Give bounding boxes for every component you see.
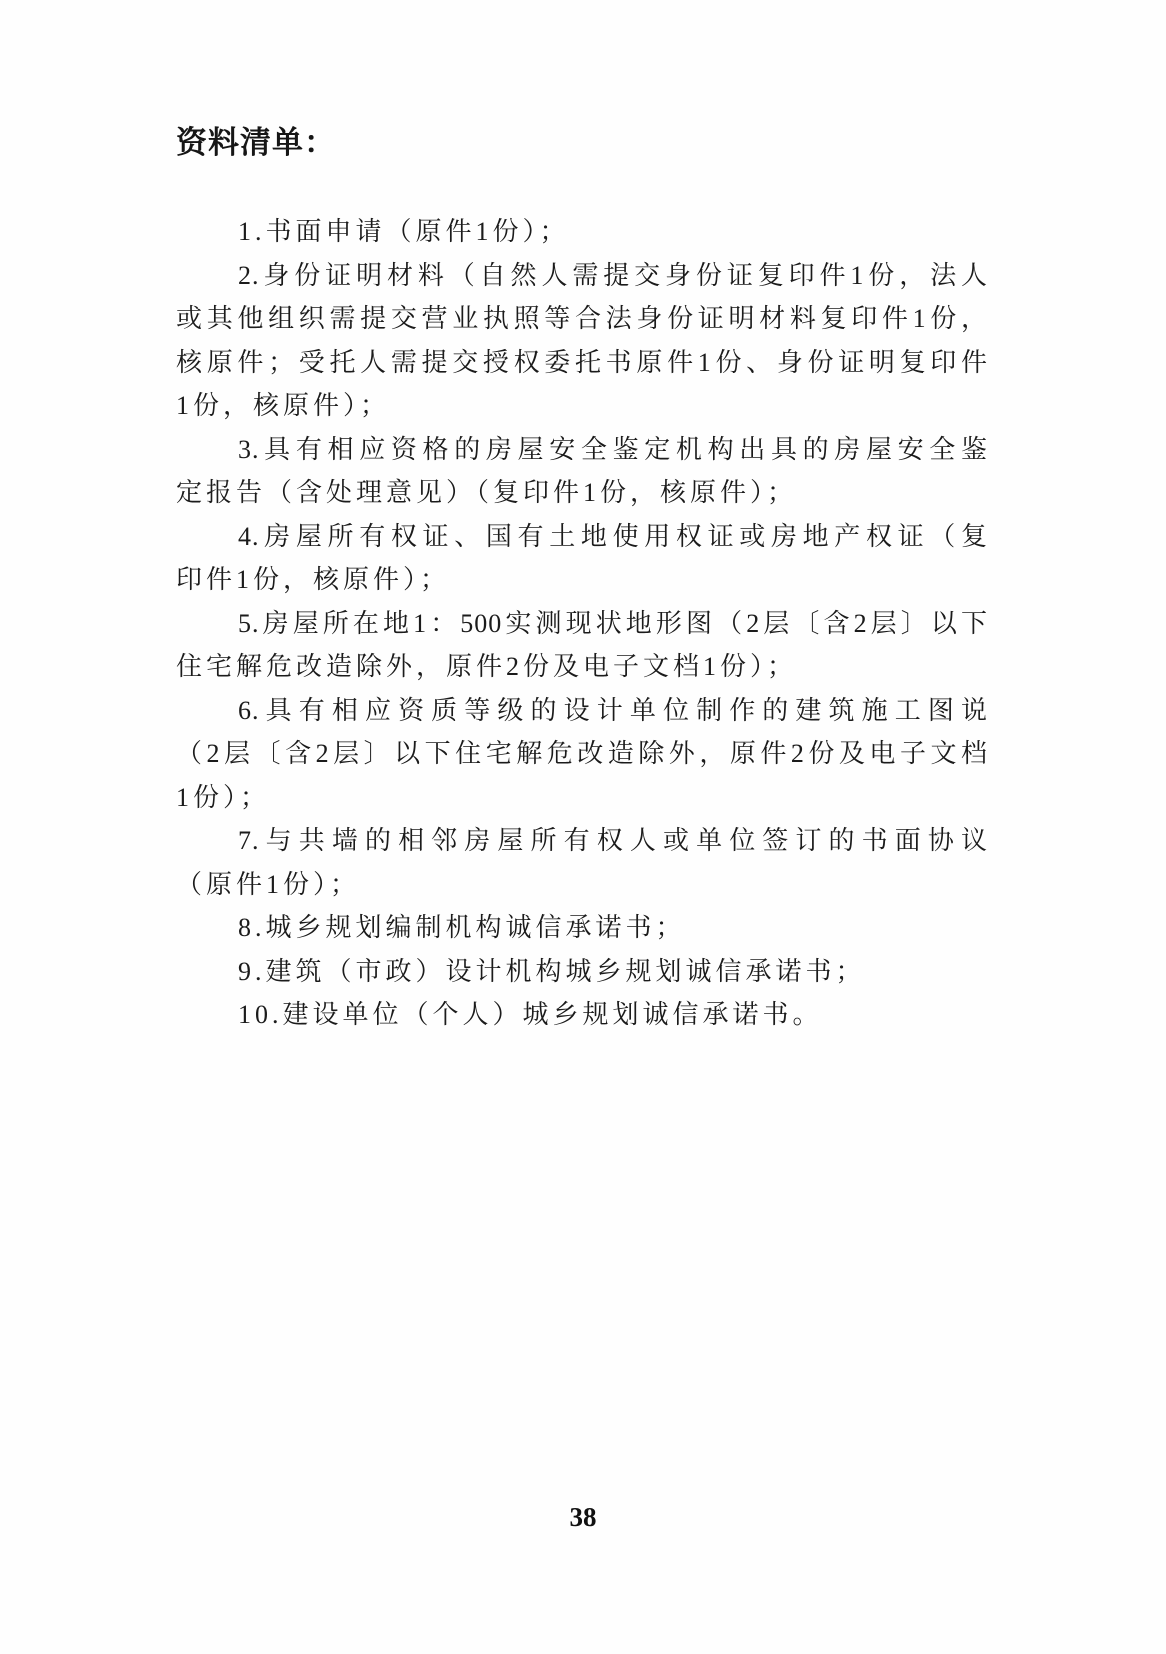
text-line: 印件1份，核原件）； [176,558,988,602]
list-item: 1.书面申请（原件1份）； [176,210,988,254]
text-line: 9.建筑（市政）设计机构城乡规划诚信承诺书； [176,950,988,994]
text-line: 2.身份证明材料（自然人需提交身份证复印件1份，法人 [176,254,988,298]
text-line: 1.书面申请（原件1份）； [176,210,988,254]
text-line: 4.房屋所有权证、国有土地使用权证或房地产权证（复 [176,515,988,559]
list-item: 3.具有相应资格的房屋安全鉴定机构出具的房屋安全鉴定报告（含处理意见）（复印件1… [176,428,988,515]
list-item: 9.建筑（市政）设计机构城乡规划诚信承诺书； [176,950,988,994]
text-line: 3.具有相应资格的房屋安全鉴定机构出具的房屋安全鉴 [176,428,988,472]
text-line: 1份）； [176,776,988,820]
text-line: 定报告（含处理意见）（复印件1份，核原件）； [176,471,988,515]
document-page: 资料清单： 1.书面申请（原件1份）；2.身份证明材料（自然人需提交身份证复印件… [0,0,1166,1654]
list-item: 2.身份证明材料（自然人需提交身份证复印件1份，法人或其他组织需提交营业执照等合… [176,254,988,428]
text-line: （2层〔含2层〕以下住宅解危改造除外，原件2份及电子文档 [176,732,988,776]
list-item: 5.房屋所在地1：500实测现状地形图（2层〔含2层〕以下住宅解危改造除外，原件… [176,602,988,689]
list-item: 7.与共墙的相邻房屋所有权人或单位签订的书面协议（原件1份）； [176,819,988,906]
list-item: 6.具有相应资质等级的设计单位制作的建筑施工图说（2层〔含2层〕以下住宅解危改造… [176,689,988,820]
text-line: 住宅解危改造除外，原件2份及电子文档1份）； [176,645,988,689]
materials-list: 1.书面申请（原件1份）；2.身份证明材料（自然人需提交身份证复印件1份，法人或… [176,210,988,1037]
text-line: 10.建设单位（个人）城乡规划诚信承诺书。 [176,993,988,1037]
text-line: 6.具有相应资质等级的设计单位制作的建筑施工图说 [176,689,988,733]
page-footer: 38 [0,1502,1166,1533]
list-item: 4.房屋所有权证、国有土地使用权证或房地产权证（复印件1份，核原件）； [176,515,988,602]
text-line: 8.城乡规划编制机构诚信承诺书； [176,906,988,950]
text-line: 或其他组织需提交营业执照等合法身份证明材料复印件1份， [176,297,988,341]
text-line: 核原件；受托人需提交授权委托书原件1份、身份证明复印件 [176,341,988,385]
text-line: 1份，核原件）； [176,384,988,428]
text-line: （原件1份）； [176,863,988,907]
text-line: 7.与共墙的相邻房屋所有权人或单位签订的书面协议 [176,819,988,863]
text-line: 5.房屋所在地1：500实测现状地形图（2层〔含2层〕以下 [176,602,988,646]
list-item: 10.建设单位（个人）城乡规划诚信承诺书。 [176,993,988,1037]
list-item: 8.城乡规划编制机构诚信承诺书； [176,906,988,950]
document-title: 资料清单： [176,122,336,164]
page-number: 38 [570,1502,597,1532]
